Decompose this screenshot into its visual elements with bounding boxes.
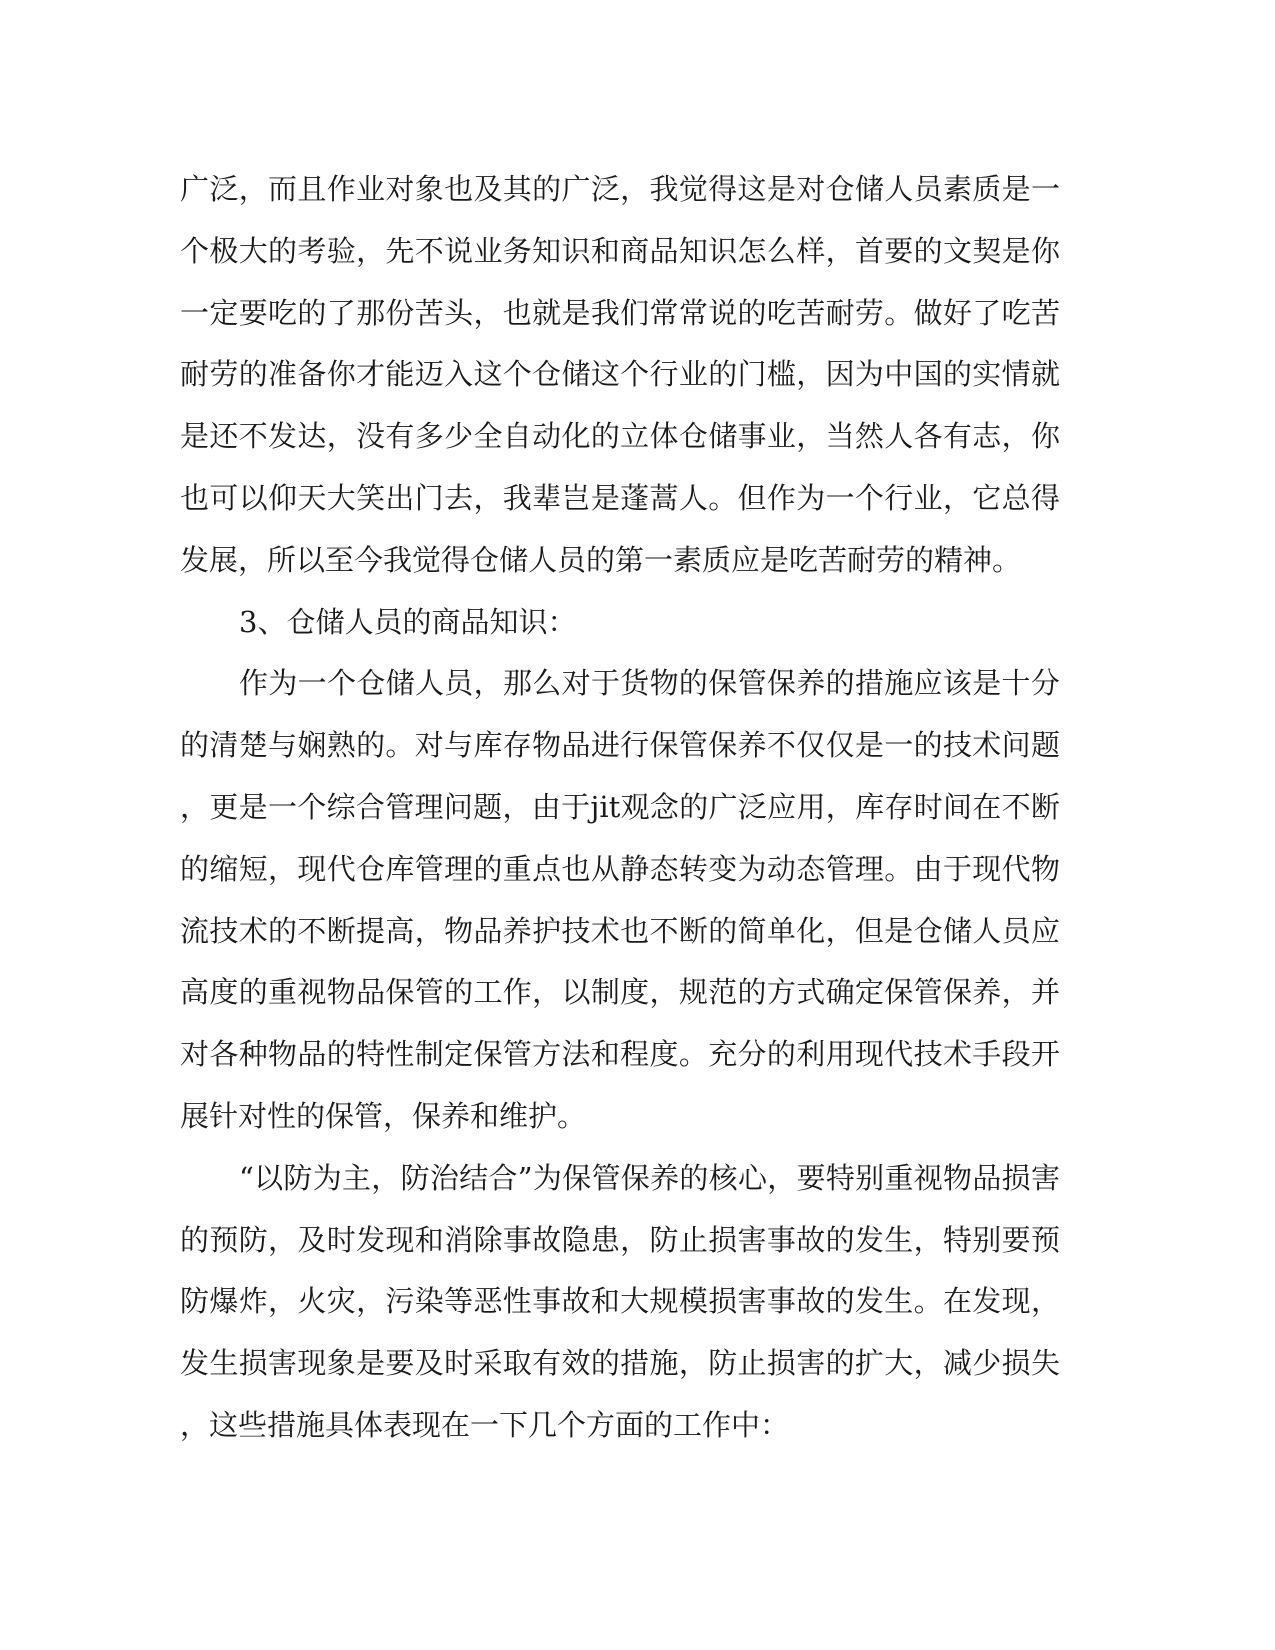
text-line-p3-l7: 对各种物品的特性制定保管方法和程度。充分的利用现代技术手段开 — [180, 1024, 1060, 1086]
text-line-p1-l4: 耐劳的准备你才能迈入这个仓储这个行业的门槛，因为中国的实情就 — [180, 344, 1060, 406]
text-line-p4-l3: 防爆炸，火灾，污染等恶性事故和大规模损害事故的发生。在发现， — [180, 1271, 1060, 1333]
text-line-p1-l6: 也可以仰天大笑出门去，我辈岂是蓬蒿人。但作为一个行业，它总得 — [180, 468, 1060, 530]
text-line-p1-l5: 是还不发达，没有多少全自动化的立体仓储事业，当然人各有志，你 — [180, 406, 1060, 468]
text-line-p1-l2: 个极大的考验，先不说业务知识和商品知识怎么样，首要的文契是你 — [180, 221, 1060, 283]
text-line-p1-l1: 广泛，而且作业对象也及其的广泛，我觉得这是对仓储人员素质是一 — [180, 159, 1060, 221]
text-line-p3-l8: 展针对性的保管，保养和维护。 — [180, 1086, 1060, 1148]
text-line-p4-l4: 发生损害现象是要及时采取有效的措施，防止损害的扩大，减少损失 — [180, 1333, 1060, 1395]
text-line-p1-l3: 一定要吃的了那份苦头，也就是我们常常说的吃苦耐劳。做好了吃苦 — [180, 283, 1060, 345]
document-page: 广泛，而且作业对象也及其的广泛，我觉得这是对仓储人员素质是一个极大的考验，先不说… — [0, 0, 1275, 1650]
text-line-p3-l6: 高度的重视物品保管的工作，以制度，规范的方式确定保管保养，并 — [180, 962, 1060, 1024]
text-line-p4-l2: 的预防，及时发现和消除事故隐患，防止损害事故的发生，特别要预 — [180, 1210, 1060, 1272]
text-line-p3-l4: 的缩短，现代仓库管理的重点也从静态转变为动态管理。由于现代物 — [180, 839, 1060, 901]
text-line-p4-l5: ，这些措施具体表现在一下几个方面的工作中： — [180, 1395, 1060, 1457]
text-line-p3-l5: 流技术的不断提高，物品养护技术也不断的简单化，但是仓储人员应 — [180, 901, 1060, 963]
text-line-p3-l2: 的清楚与娴熟的。对与库存物品进行保管保养不仅仅是一的技术问题 — [180, 715, 1060, 777]
text-block: 广泛，而且作业对象也及其的广泛，我觉得这是对仓储人员素质是一个极大的考验，先不说… — [180, 159, 1060, 1457]
text-line-p4-l1: “以防为主，防治结合”为保管保养的核心，要特别重视物品损害 — [180, 1148, 1060, 1210]
text-line-p3-l3: ，更是一个综合管理问题，由于jit观念的广泛应用，库存时间在不断 — [180, 777, 1060, 839]
text-line-p1-l7: 发展，所以至今我觉得仓储人员的第一素质应是吃苦耐劳的精神。 — [180, 530, 1060, 592]
text-line-p2-l1: 3、仓储人员的商品知识： — [180, 592, 1060, 654]
text-line-p3-l1: 作为一个仓储人员，那么对于货物的保管保养的措施应该是十分 — [180, 653, 1060, 715]
